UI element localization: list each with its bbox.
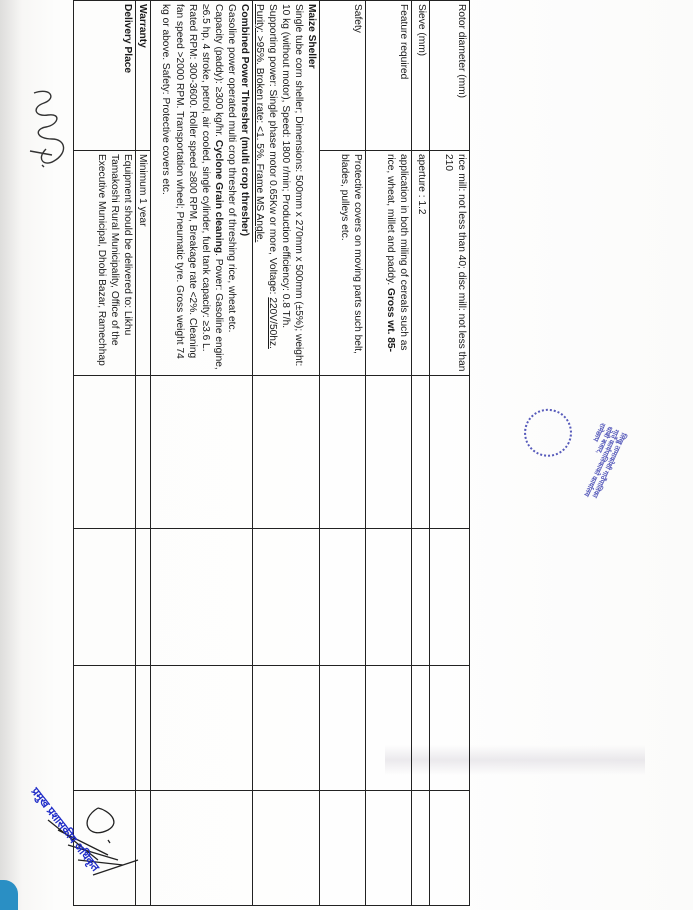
blank-cell [366, 791, 412, 906]
blank-cell [135, 666, 150, 791]
spec-value: aperture : 1.2 [412, 151, 430, 376]
stamp-seal-icon [516, 401, 580, 465]
spec-value: application in both miling of cereals su… [366, 151, 412, 376]
blank-cell [73, 376, 135, 529]
specification-table-rotated: Rotor diameter (mm) rice mill: not less … [75, 0, 470, 905]
spec-label: Safety [320, 1, 366, 151]
spec-label: Warranty [135, 1, 150, 151]
table-row-warranty: Warranty Minimum 1 year [135, 1, 150, 906]
blank-cell [430, 376, 470, 529]
table-row-delivery: Delivery Place Equipment should be deliv… [73, 1, 135, 906]
gross-weight-text: Gross wt. 85- [385, 288, 396, 352]
blank-cell [320, 791, 366, 906]
scan-edge-shadow [0, 0, 22, 910]
blank-cell [412, 529, 430, 666]
table-row-sieve: Sieve (mm) aperture : 1.2 [412, 1, 430, 906]
blank-cell [366, 376, 412, 529]
blank-cell [366, 529, 412, 666]
blank-cell [320, 376, 366, 529]
maize-sheller-title: Maize Sheller [305, 4, 318, 372]
blank-cell [412, 791, 430, 906]
blank-cell [252, 666, 319, 791]
spec-label: Feature required [366, 1, 412, 151]
thresher-cell: Combined Power Thresher (multi crop thre… [150, 1, 252, 376]
spec-label: Sieve (mm) [412, 1, 430, 151]
blank-cell [150, 666, 252, 791]
blank-cell [252, 376, 319, 529]
blank-cell [252, 529, 319, 666]
table-row-rotor: Rotor diameter (mm) rice mill: not less … [430, 1, 470, 906]
blank-cell [412, 376, 430, 529]
spec-label: Rotor diameter (mm) [430, 1, 470, 151]
blank-cell [150, 376, 252, 529]
scanned-page: Rotor diameter (mm) rice mill: not less … [0, 0, 693, 910]
blank-cell [150, 529, 252, 666]
blank-cell [73, 529, 135, 666]
spec-value: Protective covers on moving parts such b… [320, 151, 366, 376]
table-row-feature: Feature required application in both mil… [366, 1, 412, 906]
table-row-safety: Safety Protective covers on moving parts… [320, 1, 366, 906]
blank-cell [430, 791, 470, 906]
spec-label: Delivery Place [73, 1, 135, 151]
spec-value: Minimum 1 year [135, 151, 150, 376]
blank-cell [430, 529, 470, 666]
handwritten-initials-icon [22, 85, 72, 175]
blank-cell [252, 791, 319, 906]
blank-cell [412, 666, 430, 791]
spec-value: rice mill: not less than 40; disc mill: … [430, 151, 470, 376]
specification-table: Rotor diameter (mm) rice mill: not less … [73, 0, 470, 906]
blank-cell [135, 376, 150, 529]
blank-cell [320, 666, 366, 791]
blank-cell [73, 666, 135, 791]
table-row-maize-sheller: Maize Sheller Single tube corn sheller; … [252, 1, 319, 906]
blank-cell [135, 529, 150, 666]
blank-cell [150, 791, 252, 906]
blank-cell [320, 529, 366, 666]
thresher-title: Combined Power Thresher (multi crop thre… [238, 4, 251, 372]
official-stamp: लिखु तामाकोशी गाउँपालिका गाउँ कार्यपालिक… [478, 386, 627, 530]
blank-cell [366, 666, 412, 791]
maize-sheller-cell: Maize Sheller Single tube corn sheller; … [252, 1, 319, 376]
blank-cell [430, 666, 470, 791]
spec-value: Equipment should be delivered to: Likhu … [73, 151, 135, 376]
table-row-thresher: Combined Power Thresher (multi crop thre… [150, 1, 252, 906]
thresher-text-bold: Cyclone Grain cleaning [213, 140, 224, 253]
